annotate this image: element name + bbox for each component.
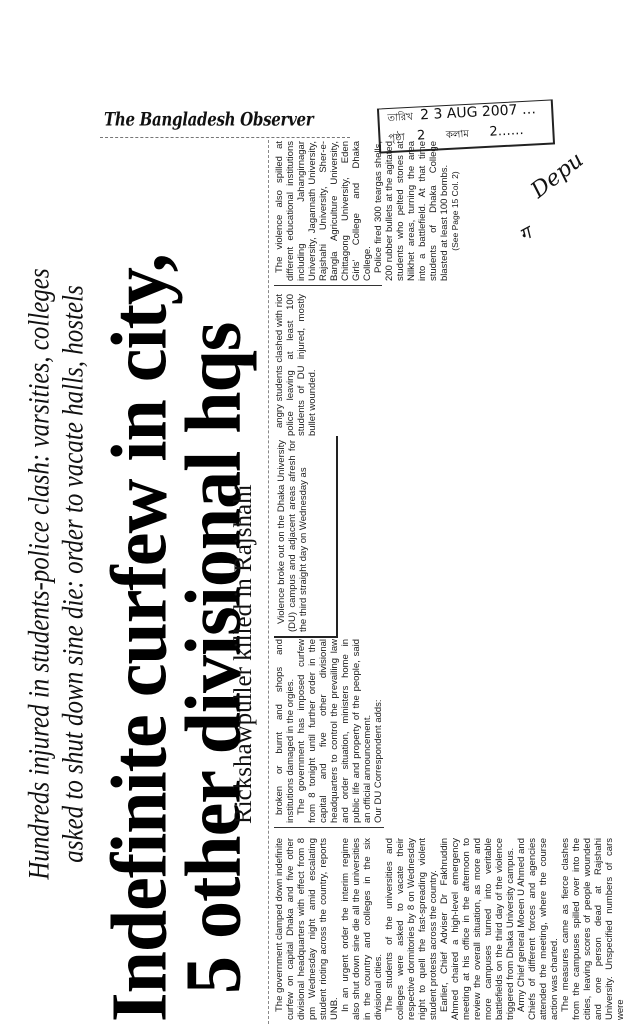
paragraph: The violence also spilled at different e… bbox=[274, 141, 373, 281]
kicker-line-2: asked to shut down sine die: order to va… bbox=[57, 164, 91, 984]
paragraph: The government has imposed curfew from 8… bbox=[296, 639, 373, 823]
article-column-5: The violence also spilled at different e… bbox=[274, 141, 382, 286]
paragraph: The measures came as fierce clashes from… bbox=[560, 838, 626, 1020]
paragraph: angry students clashed with riot police … bbox=[274, 294, 318, 436]
paragraph: Police fired 300 teargas shells, 200 rub… bbox=[373, 141, 450, 281]
stamp-dots-2: …… bbox=[497, 123, 524, 139]
continuation-note: (See Page 15 Col. 2) bbox=[450, 141, 461, 281]
paragraph: The students of the universities and col… bbox=[384, 838, 439, 1020]
byline: Our DU Correspondent adds: bbox=[373, 639, 384, 823]
kicker-line-1: Hundreds injured in students-police clas… bbox=[23, 164, 57, 984]
paragraph: The government clamped down indefinite c… bbox=[274, 838, 340, 1020]
paragraph: broken or burnt and shops and institutio… bbox=[274, 639, 296, 823]
news-article: Hundreds injured in students-police clas… bbox=[20, 140, 638, 1024]
stamp-date-label: তারিখ bbox=[387, 112, 413, 124]
stamp-dots: … bbox=[522, 101, 537, 118]
body-rule bbox=[268, 140, 269, 1024]
article-column-1: The government clamped down indefinite c… bbox=[274, 838, 638, 1020]
boxed-inset: Violence broke out on the Dhaka Universi… bbox=[274, 436, 338, 638]
paragraph: Army Chief general Moeen U Ahmed and Chi… bbox=[516, 838, 560, 1020]
subheadline: Rickshawpuller killed in Rajshahi bbox=[230, 484, 258, 824]
paragraph: Earlier, Chief Adviser Dr Fakhruddin Ahm… bbox=[439, 838, 516, 1020]
paragraph: Violence broke out on the Dhaka Universi… bbox=[276, 440, 309, 632]
article-column-4: angry students clashed with riot police … bbox=[274, 294, 334, 436]
stamp-date-value: 2 3 AUG 2007 bbox=[420, 102, 518, 123]
article-column-2: broken or burnt and shops and institutio… bbox=[274, 639, 384, 828]
paragraph: In an urgent order the interim regime al… bbox=[340, 838, 384, 1020]
